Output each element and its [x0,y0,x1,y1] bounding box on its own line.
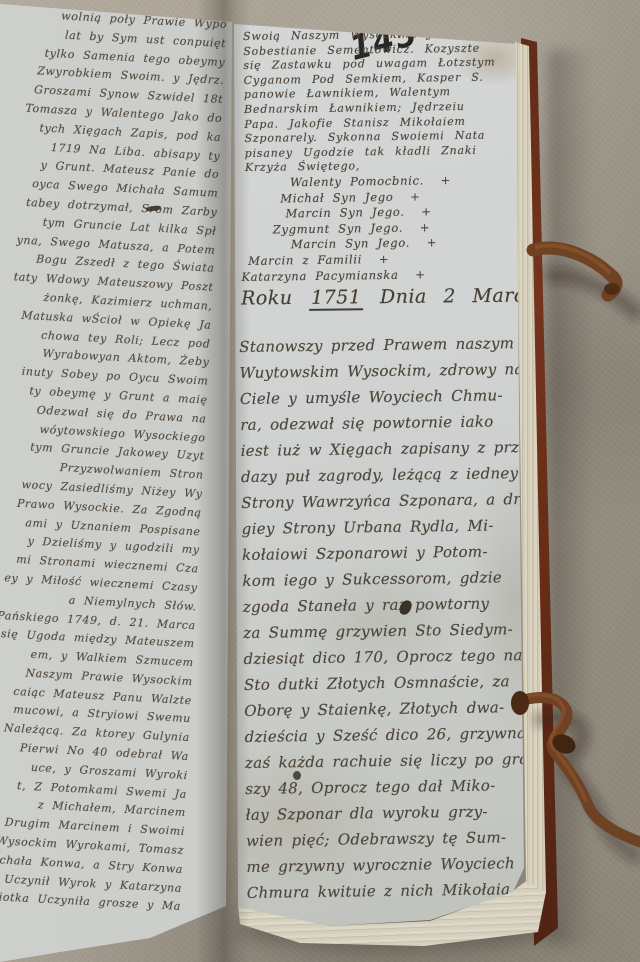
manuscript-line: zgoda Staneła y raz powtorny [243,590,538,620]
manuscript-line: zaś każda rachuie się liczy po gro- [245,746,540,776]
manuscript-line: kołaiowi Szponarowi y Potom- [242,538,537,568]
manuscript-line: dziesiąt dico 170, Oprocz tego na [243,642,538,672]
manuscript-line: Ciele y umyśle Woyciech Chmu- [240,382,535,412]
manuscript-line: Wuytowskim Wysockim, zdrowy na [239,356,534,386]
manuscript-line: za Summę grzywien Sto Siedym- [243,616,538,646]
book-gutter [196,0,250,962]
date-year: 1751 [309,286,364,311]
signatory-list: Walenty Pomocbnic. +Michał Syn Jego +Mar… [240,173,453,285]
manuscript-line: me grzywny wyrocznie Woyciech [246,850,541,880]
manuscript-line: łay Szponar dla wyroku grzy- [246,798,541,828]
manuscript-line: dazy puł zagrody, leżącą z iedney [241,460,536,490]
manuscript-line: Oborę y Staienkę, Złotych dwa- [244,694,539,724]
manuscript-line: wien pięć; Odebrawszy tę Sum- [246,824,541,854]
intro-paragraph: Swoią Naszym Wysockim. Jako teSobestiani… [243,26,497,175]
left-page-text: wolnią poły Prawie Wypolat by Sym ust co… [0,2,228,917]
body-paragraph: Stanowszy przed Prawem naszymWuytowskim … [239,330,542,906]
date-heading: Roku 1751 Dnia 2 Marca [241,284,537,309]
date-rest: Dnia 2 Marca [380,284,537,308]
manuscript-line: giey Strony Urbana Rydla, Mi- [242,512,537,542]
manuscript-photo: wolnią poły Prawie Wypolat by Sym ust co… [0,0,640,962]
manuscript-line: iest iuż w Xięgach zapisany z prze- [240,434,535,464]
manuscript-line: dzieścia y Sześć dico 26, grzywna [244,720,539,750]
manuscript-line: Strony Wawrzyńca Szponara, a dru- [241,486,536,516]
signatory-line: Katarzyna Pacymianska + [241,267,452,286]
manuscript-line: Sto dutki Złotych Osmnaście, za [244,668,539,698]
upper-tie-fold [604,283,620,295]
manuscript-line: szy 48, Oprocz tego dał Miko- [245,772,540,802]
ink-speck [293,771,301,780]
signatory-line: Marcin Syn Jego. + [241,235,452,254]
manuscript-line: ra, odezwał się powtornie iako [240,408,535,438]
manuscript-line: Stanowszy przed Prawem naszym [239,330,534,360]
manuscript-line: kom iego y Sukcessorom, gdzie [242,564,537,594]
